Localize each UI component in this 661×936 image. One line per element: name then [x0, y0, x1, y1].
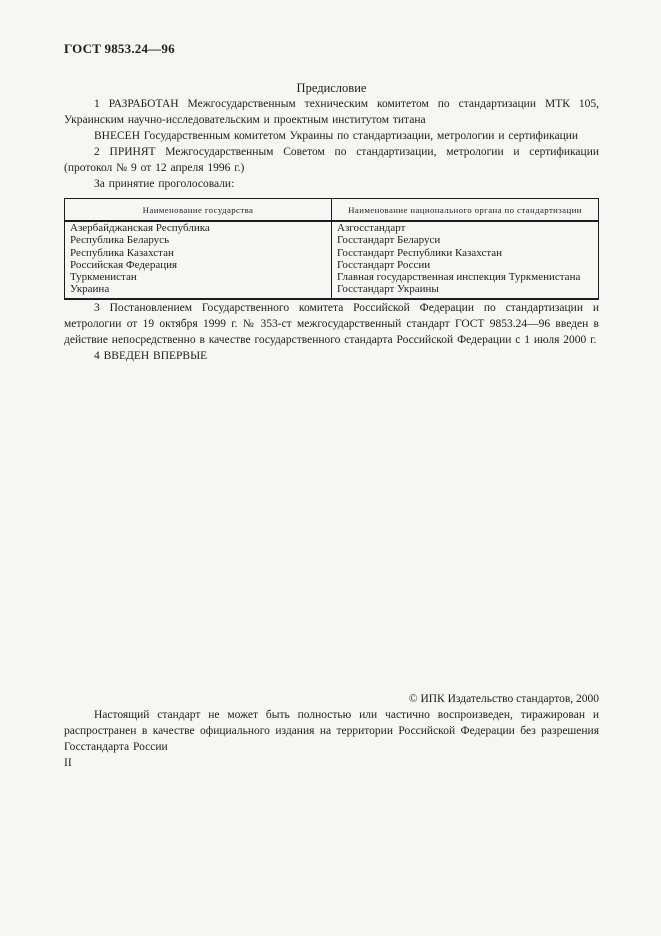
table-row: Азербайджанская Республика Азгосстандарт: [65, 221, 599, 234]
clause-1-developed: 1 РАЗРАБОТАН Межгосударственным техничес…: [64, 96, 599, 128]
standards-body-cell: Азгосстандарт: [332, 221, 599, 234]
voting-states-table: Наименование государства Наименование на…: [64, 198, 599, 300]
vote-intro: За принятие проголосовали:: [64, 176, 599, 192]
table-row: Республика Казахстан Госстандарт Республ…: [65, 247, 599, 259]
document-page: ГОСТ 9853.24—96 Предисловие 1 РАЗРАБОТАН…: [0, 0, 661, 936]
page-number: II: [64, 756, 599, 771]
state-name-cell: Туркменистан: [65, 271, 332, 283]
clause-3-resolution: 3 Постановлением Государственного комите…: [64, 300, 599, 348]
table-row: Российская Федерация Госстандарт России: [65, 259, 599, 271]
column-header-standards-body: Наименование национального органа по ста…: [332, 199, 599, 222]
clause-submitted: ВНЕСЕН Государственным комитетом Украины…: [64, 128, 599, 144]
standards-body-cell: Госстандарт Беларуси: [332, 234, 599, 246]
clause-4-first-introduced: 4 ВВЕДЕН ВПЕРВЫЕ: [64, 348, 599, 364]
column-header-state: Наименование государства: [65, 199, 332, 222]
table-row: Туркменистан Главная государственная инс…: [65, 271, 599, 283]
state-name-cell: Республика Беларусь: [65, 234, 332, 246]
standards-body-cell: Госстандарт Республики Казахстан: [332, 247, 599, 259]
standard-code: ГОСТ 9853.24—96: [64, 41, 599, 56]
table-row: Республика Беларусь Госстандарт Беларуси: [65, 234, 599, 246]
table-header: Наименование государства Наименование на…: [65, 199, 599, 222]
state-name-cell: Республика Казахстан: [65, 247, 332, 259]
page-title: Предисловие: [64, 80, 599, 96]
table-body: Азербайджанская Республика Азгосстандарт…: [65, 221, 599, 299]
standards-body-cell: Госстандарт России: [332, 259, 599, 271]
standards-body-cell: Госстандарт Украины: [332, 283, 599, 298]
state-name-cell: Российская Федерация: [65, 259, 332, 271]
reproduction-restriction: Настоящий стандарт не может быть полност…: [64, 707, 599, 755]
clause-2-adopted: 2 ПРИНЯТ Межгосударственным Советом по с…: [64, 144, 599, 176]
copyright-notice: © ИПК Издательство стандартов, 2000: [64, 691, 599, 707]
standards-body-cell: Главная государственная инспекция Туркме…: [332, 271, 599, 283]
table-row: Украина Госстандарт Украины: [65, 283, 599, 298]
state-name-cell: Украина: [65, 283, 332, 298]
state-name-cell: Азербайджанская Республика: [65, 221, 332, 234]
